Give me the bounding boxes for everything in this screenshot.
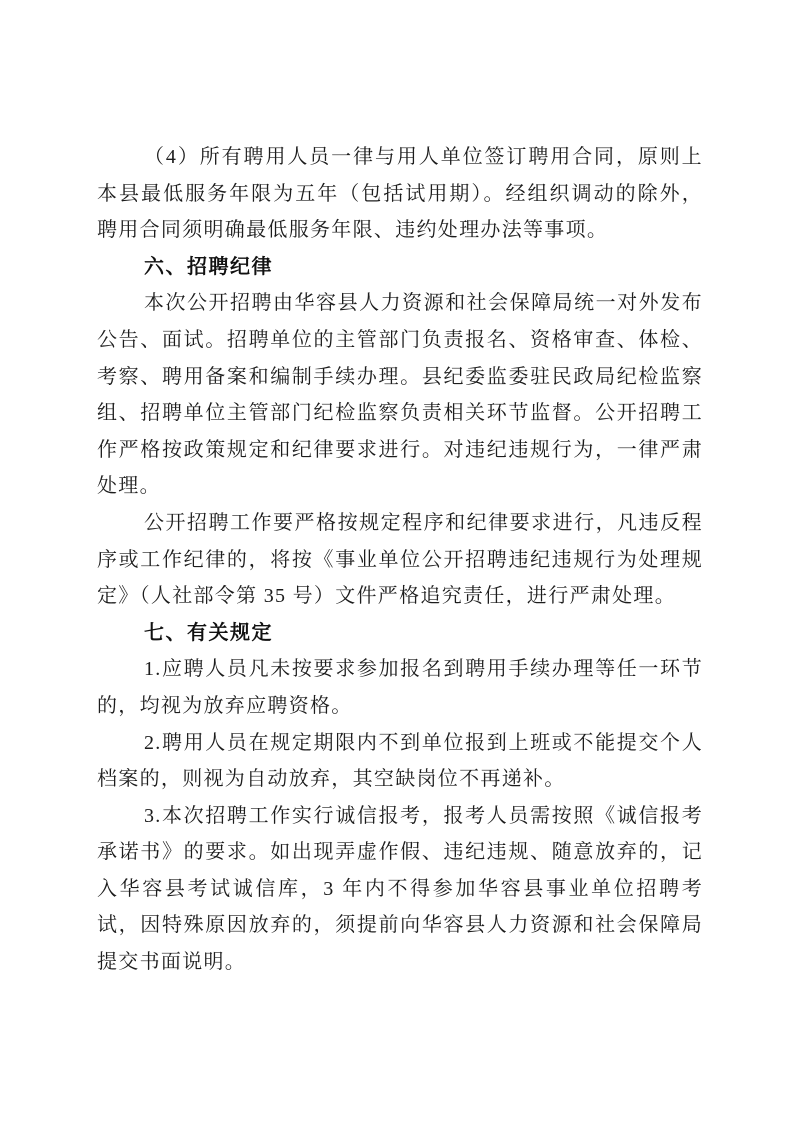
- paragraph-discipline-overview: 本次公开招聘由华容县人力资源和社会保障局统一对外发布公告、面试。招聘单位的主管部…: [97, 285, 703, 505]
- section-heading-related-provisions: 七、有关规定: [97, 615, 703, 652]
- document-page: （4）所有聘用人员一律与用人单位签订聘用合同，原则上本县最低服务年限为五年（包括…: [0, 0, 793, 1122]
- paragraph-provision-1: 1.应聘人员凡未按要求参加报名到聘用手续办理等任一环节的，均视为放弃应聘资格。: [97, 651, 703, 724]
- paragraph-contract-terms: （4）所有聘用人员一律与用人单位签订聘用合同，原则上本县最低服务年限为五年（包括…: [97, 139, 703, 249]
- paragraph-provision-2: 2.聘用人员在规定期限内不到单位报到上班或不能提交个人档案的，则视为自动放弃，其…: [97, 725, 703, 798]
- section-heading-recruitment-discipline: 六、招聘纪律: [97, 249, 703, 286]
- paragraph-provision-3: 3.本次招聘工作实行诚信报考，报考人员需按照《诚信报考承诺书》的要求。如出现弄虚…: [97, 798, 703, 981]
- paragraph-violation-handling: 公开招聘工作要严格按规定程序和纪律要求进行，凡违反程序或工作纪律的，将按《事业单…: [97, 505, 703, 615]
